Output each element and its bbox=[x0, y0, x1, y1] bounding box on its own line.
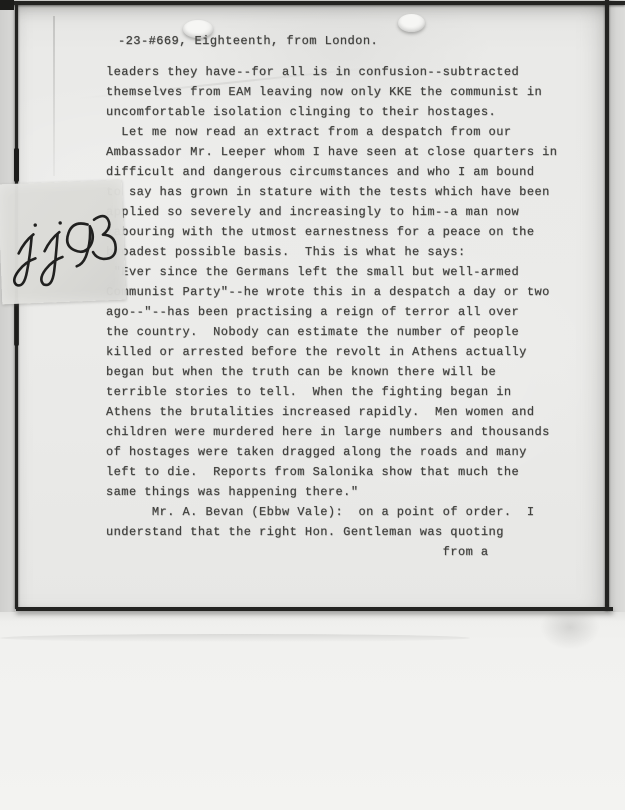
corner-shadow bbox=[0, 0, 14, 10]
typed-line: from a bbox=[106, 542, 586, 562]
page-edge-bottom bbox=[16, 607, 613, 611]
typed-line: Ambassador Mr. Leeper whom I have seen a… bbox=[106, 142, 586, 162]
typed-line: Athens the brutalities increased rapidly… bbox=[106, 402, 586, 422]
typed-line: children were murdered here in large num… bbox=[106, 422, 586, 442]
typed-line: killed or arrested before the revolt in … bbox=[106, 342, 586, 362]
paper-crease bbox=[53, 16, 55, 176]
typed-line: labouring with the utmost earnestness fo… bbox=[106, 222, 586, 242]
punch-hole bbox=[398, 14, 425, 32]
typed-line: terrible stories to tell. When the fight… bbox=[106, 382, 586, 402]
typed-line: difficult and dangerous circumstances an… bbox=[106, 162, 586, 182]
scan-margin-right bbox=[609, 0, 625, 612]
typed-line: leaders they have--for all is in confusi… bbox=[106, 62, 586, 82]
typed-line: understand that the right Hon. Gentleman… bbox=[106, 522, 586, 542]
typed-line: ago--"--has been practising a reign of t… bbox=[106, 302, 586, 322]
scan-smudge bbox=[540, 612, 600, 650]
typed-line: Communist Party"--he wrote this in a des… bbox=[106, 282, 586, 302]
typed-line: the country. Nobody can estimate the num… bbox=[106, 322, 586, 342]
scan-margin-left bbox=[0, 0, 15, 612]
typed-line: began but when the truth can be known th… bbox=[106, 362, 586, 382]
typed-line: same things was happening there." bbox=[106, 482, 586, 502]
typed-line: broadest possible basis. This is what he… bbox=[106, 242, 586, 262]
typed-line: to say has grown in stature with the tes… bbox=[106, 182, 586, 202]
edge-blotch bbox=[14, 148, 19, 182]
typed-line: Let me now read an extract from a despat… bbox=[106, 122, 586, 142]
typed-line: of hostages were taken dragged along the… bbox=[106, 442, 586, 462]
page-edge-top bbox=[0, 1, 625, 5]
backing-sheet-edge bbox=[0, 634, 470, 642]
filing-tab: jj23 bbox=[0, 180, 126, 305]
typed-line: applied so severely and increasingly to … bbox=[106, 202, 586, 222]
typed-body-text: leaders they have--for all is in confusi… bbox=[106, 62, 586, 562]
scanned-document: -23-#669, Eighteenth, from London. leade… bbox=[0, 0, 625, 810]
typed-line: Mr. A. Bevan (Ebbw Vale): on a point of … bbox=[106, 502, 586, 522]
typed-line: "Ever since the Germans left the small b… bbox=[106, 262, 586, 282]
page-header-line: -23-#669, Eighteenth, from London. bbox=[118, 31, 378, 51]
handwriting-jj23 bbox=[0, 197, 123, 297]
edge-blotch bbox=[14, 300, 19, 346]
typed-line: themselves from EAM leaving now only KKE… bbox=[106, 82, 586, 102]
typed-line: left to die. Reports from Salonika show … bbox=[106, 462, 586, 482]
typed-line: uncomfortable isolation clinging to thei… bbox=[106, 102, 586, 122]
page-edge-right bbox=[605, 0, 609, 611]
